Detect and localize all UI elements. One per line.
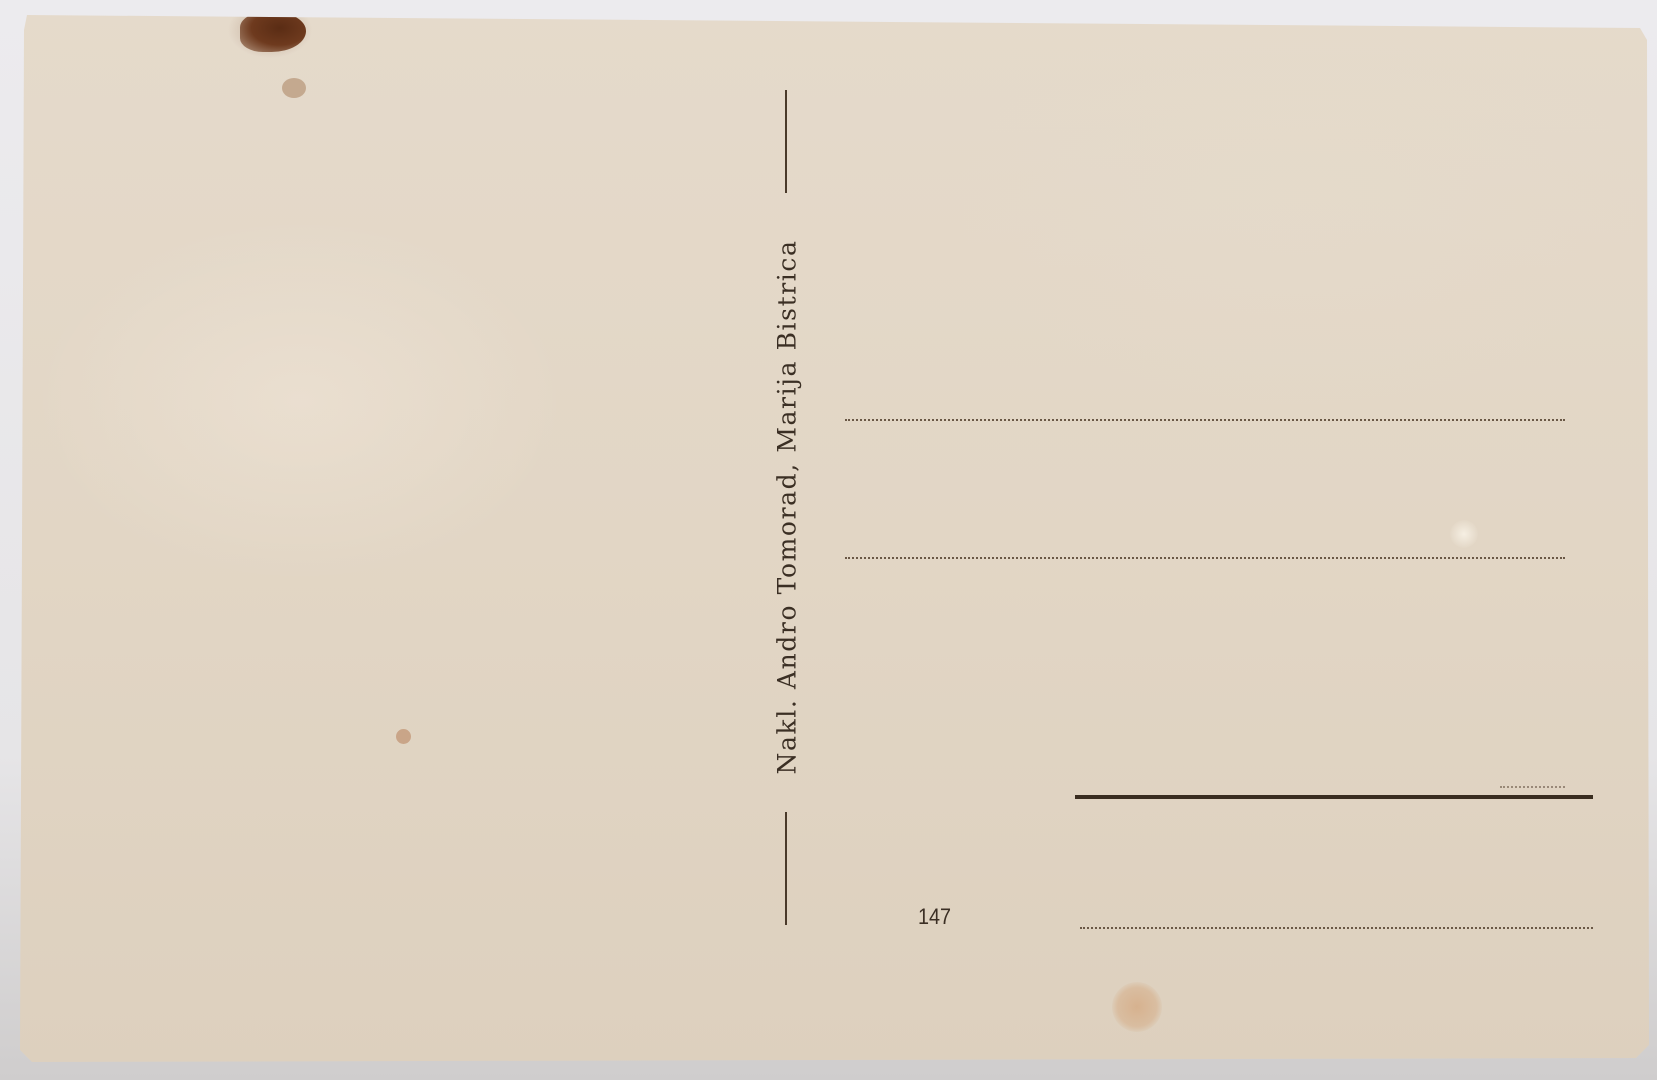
address-line-3 [1080, 927, 1593, 929]
postcard-back: Nakl. Andro Tomorad, Marija Bistrica 147 [0, 0, 1657, 1080]
address-line-fragment [1500, 786, 1565, 788]
divider-line-bottom [785, 812, 787, 925]
light-spot [1450, 520, 1478, 548]
foxing-spot [396, 729, 411, 744]
stain-drip [282, 78, 306, 98]
card-number: 147 [918, 904, 951, 930]
address-line-2 [845, 557, 1565, 559]
rust-stain [240, 12, 306, 52]
address-line-1 [845, 419, 1565, 421]
divider-line-top [785, 90, 787, 193]
publisher-imprint: Nakl. Andro Tomorad, Marija Bistrica [773, 240, 802, 775]
address-solid-line [1075, 795, 1593, 799]
foxing-stain [1112, 982, 1162, 1032]
